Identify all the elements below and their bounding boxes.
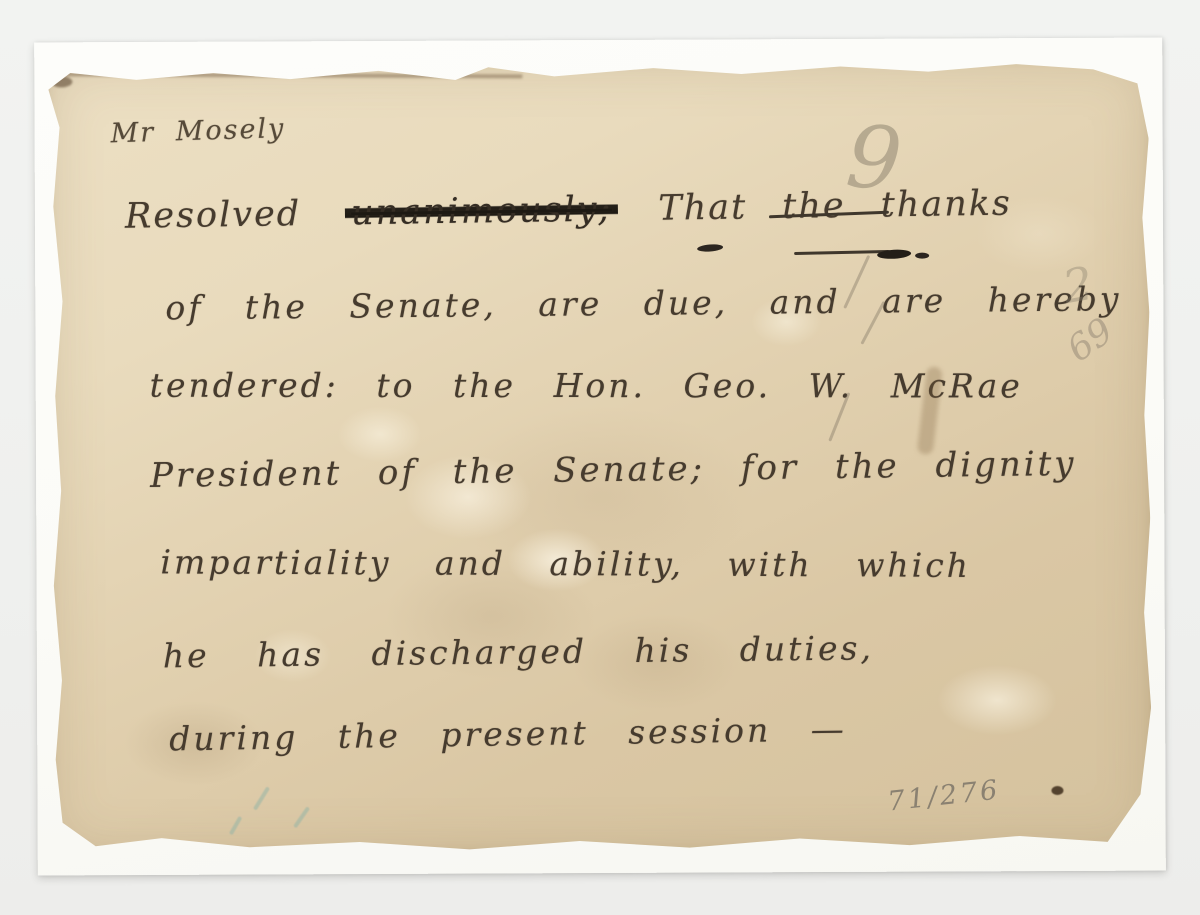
ink-correction-stroke [794,250,889,255]
catalog-number-annotation: 71/276 [886,774,1002,817]
manuscript-line: President of the Senate; for the dignity [150,444,1077,496]
manuscript-line: he has discharged his duties, [163,628,874,675]
manuscript-line: impartiality and ability, with which [160,542,971,585]
blue-pencil-mark [293,806,310,828]
manuscript-line: during the present session — [169,709,847,758]
ink-blot [915,253,929,259]
manuscript-line: of the Senate, are due, and are hereby [165,279,1122,327]
struck-out-word: unanimously; [345,189,619,233]
manuscript-line: tendered: to the Hon. Geo. W. McRae [150,366,1023,406]
pencil-numeral-nine: 9 [843,107,906,211]
addressee-line: Mr Mosely [110,113,286,149]
blue-pencil-mark [229,816,242,835]
ink-blot [877,249,911,260]
pencil-number-sixtynine: 69 [1060,310,1121,370]
backing-sheet: Mr Mosely Resolvedunanimously;That the t… [34,38,1166,876]
manuscript-paper: Mr Mosely Resolvedunanimously;That the t… [48,60,1151,855]
torn-edge-shadow [52,72,522,78]
blue-pencil-mark [253,786,270,810]
after-strike-text: That the thanks [658,184,1012,229]
ink-dot [1051,786,1063,795]
resolved-word: Resolved [125,194,302,237]
torn-edge-notch [50,76,72,87]
ink-blot [697,244,723,253]
